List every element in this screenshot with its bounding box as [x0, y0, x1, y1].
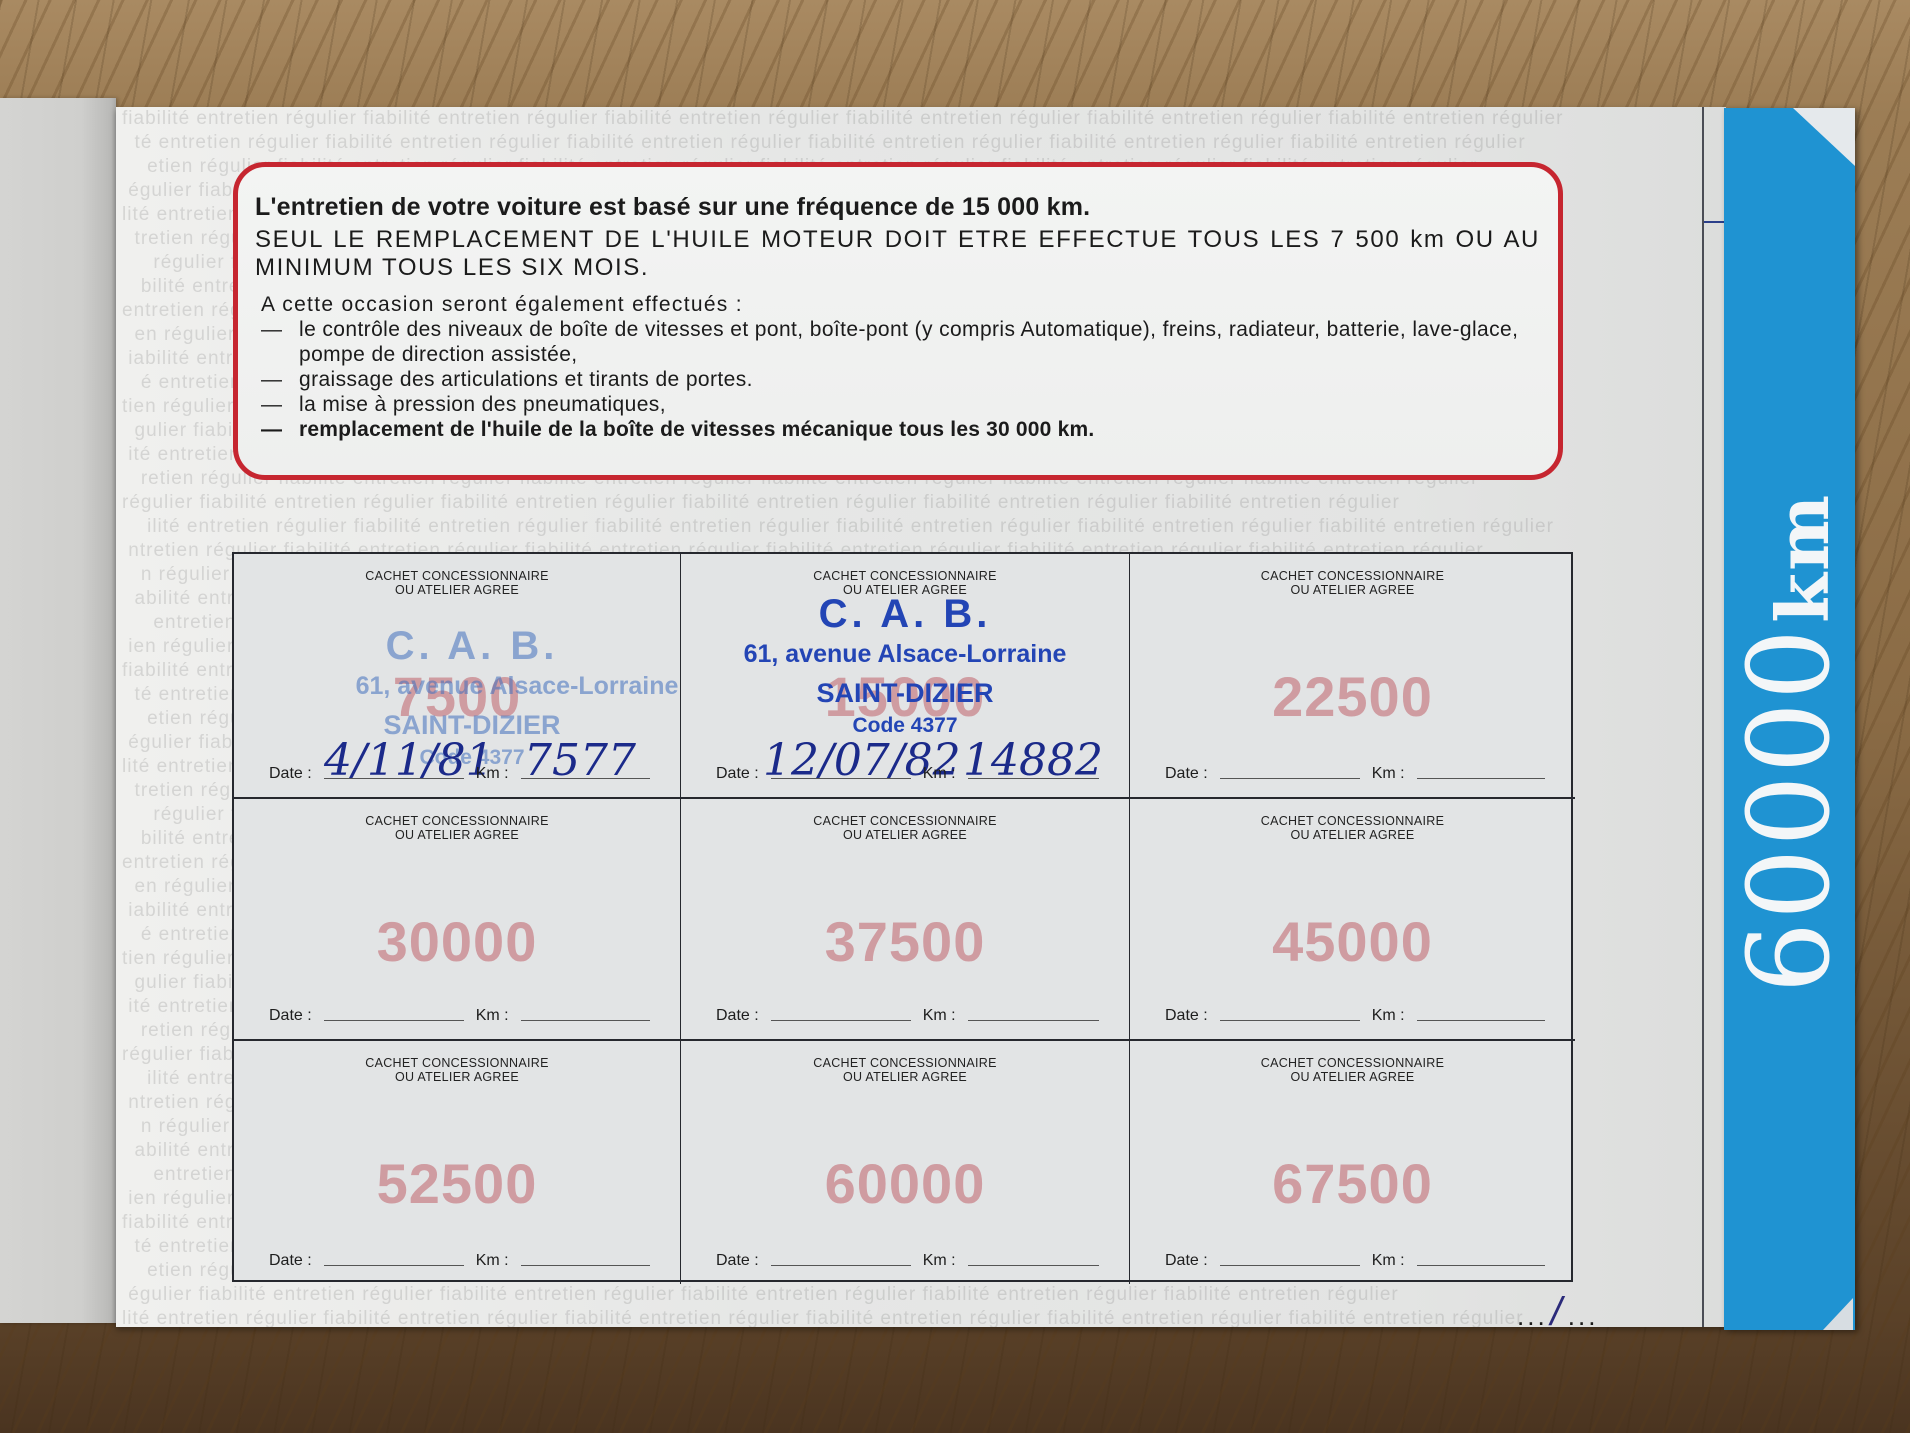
- notice-item: le contrôle des niveaux de boîte de vite…: [261, 317, 1540, 367]
- cell-header-line1: CACHET CONCESSIONNAIRE: [681, 569, 1129, 583]
- service-stamp-grid: CACHET CONCESSIONNAIREOU ATELIER AGREE75…: [232, 552, 1573, 1282]
- date-label: Date :: [716, 1252, 759, 1270]
- service-mileage-mark: 37500: [681, 909, 1129, 974]
- date-label: Date :: [269, 1007, 312, 1025]
- km-label: Km :: [923, 1252, 956, 1270]
- km-field[interactable]: [968, 777, 1099, 779]
- cell-header: CACHET CONCESSIONNAIREOU ATELIER AGREE: [681, 1056, 1129, 1084]
- date-label: Date :: [1165, 765, 1208, 783]
- date-label: Date :: [716, 765, 759, 783]
- km-label: Km :: [476, 1007, 509, 1025]
- cell-header-line1: CACHET CONCESSIONNAIRE: [681, 814, 1129, 828]
- cell-header-line1: CACHET CONCESSIONNAIRE: [234, 1056, 680, 1070]
- cell-header: CACHET CONCESSIONNAIREOU ATELIER AGREE: [1130, 1056, 1575, 1084]
- km-field[interactable]: [1417, 777, 1545, 779]
- date-label: Date :: [269, 765, 312, 783]
- torn-corner-bottom: [1823, 1298, 1853, 1330]
- side-tab-unit: km: [1760, 493, 1845, 623]
- km-label: Km :: [476, 765, 509, 783]
- date-label: Date :: [716, 1007, 759, 1025]
- date-field[interactable]: [324, 1264, 464, 1266]
- cell-header-line1: CACHET CONCESSIONNAIRE: [1130, 1056, 1575, 1070]
- service-stamp-cell[interactable]: CACHET CONCESSIONNAIREOU ATELIER AGREE45…: [1130, 799, 1575, 1041]
- cell-footer: Date :Km :: [1165, 1007, 1545, 1025]
- cell-header-line1: CACHET CONCESSIONNAIRE: [681, 1056, 1129, 1070]
- service-stamp-cell[interactable]: CACHET CONCESSIONNAIREOU ATELIER AGREE37…: [681, 799, 1130, 1041]
- service-mileage-mark: 52500: [234, 1151, 680, 1216]
- km-field[interactable]: [521, 1019, 650, 1021]
- continued-marker: .../...: [1517, 1290, 1598, 1335]
- notice-item-list: le contrôle des niveaux de boîte de vite…: [255, 317, 1540, 442]
- service-stamp-cell[interactable]: CACHET CONCESSIONNAIREOU ATELIER AGREE67…: [1130, 1041, 1575, 1284]
- notice-intro: A cette occasion seront également effect…: [255, 292, 1540, 317]
- km-label: Km :: [923, 1007, 956, 1025]
- service-stamp-cell[interactable]: CACHET CONCESSIONNAIREOU ATELIER AGREE15…: [681, 554, 1130, 799]
- service-stamp-cell[interactable]: CACHET CONCESSIONNAIREOU ATELIER AGREE52…: [234, 1041, 681, 1284]
- cell-footer: Date :Km :: [269, 765, 650, 783]
- km-label: Km :: [1372, 1007, 1405, 1025]
- date-label: Date :: [269, 1252, 312, 1270]
- service-mileage-mark: 60000: [681, 1151, 1129, 1216]
- service-mileage-mark: 22500: [1130, 664, 1575, 729]
- notice-oil-change-rule: SEUL LE REMPLACEMENT DE L'HUILE MOTEUR D…: [255, 226, 1540, 282]
- date-field[interactable]: [771, 1264, 911, 1266]
- cell-footer: Date :Km :: [716, 765, 1099, 783]
- mileage-side-tab[interactable]: 60000km: [1724, 108, 1855, 1330]
- date-field[interactable]: [324, 1019, 464, 1021]
- notice-item: graissage des articulations et tirants d…: [261, 367, 1540, 392]
- cell-header-line2: OU ATELIER AGREE: [234, 1070, 680, 1084]
- date-field[interactable]: [1220, 1264, 1360, 1266]
- service-mileage-mark: 67500: [1130, 1151, 1575, 1216]
- dealer-stamp-address: 61, avenue Alsace-Lorraine: [681, 640, 1129, 669]
- torn-corner-top: [1793, 108, 1855, 166]
- km-field[interactable]: [1417, 1264, 1545, 1266]
- date-field[interactable]: [771, 777, 911, 779]
- date-field[interactable]: [1220, 777, 1360, 779]
- left-page-edge: [0, 98, 116, 1323]
- km-label: Km :: [1372, 765, 1405, 783]
- cell-header-line2: OU ATELIER AGREE: [681, 1070, 1129, 1084]
- km-label: Km :: [1372, 1252, 1405, 1270]
- dealer-stamp-city: SAINT-DIZIER: [681, 678, 1129, 709]
- page-fold-line: [1702, 107, 1704, 1327]
- continue-slash: /: [1551, 1290, 1565, 1334]
- cell-header-line1: CACHET CONCESSIONNAIRE: [234, 569, 680, 583]
- dealer-stamp-address: 61, avenue Alsace-Lorraine: [294, 672, 681, 701]
- cell-header: CACHET CONCESSIONNAIREOU ATELIER AGREE: [234, 1056, 680, 1084]
- fold-tick-mark: [1704, 221, 1724, 223]
- cell-header-line1: CACHET CONCESSIONNAIRE: [234, 814, 680, 828]
- continue-dots-right: ...: [1568, 1301, 1599, 1331]
- notice-title: L'entretien de votre voiture est basé su…: [255, 193, 1540, 222]
- service-stamp-cell[interactable]: CACHET CONCESSIONNAIREOU ATELIER AGREE75…: [234, 554, 681, 799]
- continue-dots-left: ...: [1517, 1301, 1548, 1331]
- cell-footer: Date :Km :: [1165, 1252, 1545, 1270]
- date-field[interactable]: [771, 1019, 911, 1021]
- cell-header-line2: OU ATELIER AGREE: [1130, 1070, 1575, 1084]
- cell-header-line1: CACHET CONCESSIONNAIRE: [1130, 814, 1575, 828]
- notice-item: la mise à pression des pneumatiques,: [261, 392, 1540, 417]
- km-field[interactable]: [968, 1019, 1099, 1021]
- date-label: Date :: [1165, 1007, 1208, 1025]
- cell-header-line1: CACHET CONCESSIONNAIRE: [1130, 569, 1575, 583]
- km-field[interactable]: [968, 1264, 1099, 1266]
- side-tab-value: 60000: [1725, 627, 1855, 993]
- cell-header: CACHET CONCESSIONNAIREOU ATELIER AGREE: [234, 814, 680, 842]
- cell-header-line2: OU ATELIER AGREE: [1130, 583, 1575, 597]
- service-mileage-mark: 45000: [1130, 909, 1575, 974]
- dealer-stamp-name: C. A. B.: [264, 624, 680, 669]
- service-stamp-cell[interactable]: CACHET CONCESSIONNAIREOU ATELIER AGREE30…: [234, 799, 681, 1041]
- service-stamp-cell[interactable]: CACHET CONCESSIONNAIREOU ATELIER AGREE60…: [681, 1041, 1130, 1284]
- km-label: Km :: [923, 765, 956, 783]
- km-field[interactable]: [1417, 1019, 1545, 1021]
- km-field[interactable]: [521, 1264, 650, 1266]
- side-tab-label: 60000km: [1734, 493, 1846, 993]
- cell-header: CACHET CONCESSIONNAIREOU ATELIER AGREE: [1130, 814, 1575, 842]
- cell-footer: Date :Km :: [1165, 765, 1545, 783]
- notice-item: remplacement de l'huile de la boîte de v…: [261, 417, 1540, 442]
- date-label: Date :: [1165, 1252, 1208, 1270]
- dealer-stamp-name: C. A. B.: [681, 592, 1129, 637]
- cell-header-line2: OU ATELIER AGREE: [234, 583, 680, 597]
- cell-header-line2: OU ATELIER AGREE: [681, 828, 1129, 842]
- cell-header: CACHET CONCESSIONNAIREOU ATELIER AGREE: [681, 814, 1129, 842]
- date-field[interactable]: [1220, 1019, 1360, 1021]
- cell-header-line2: OU ATELIER AGREE: [234, 828, 680, 842]
- cell-header: CACHET CONCESSIONNAIREOU ATELIER AGREE: [234, 569, 680, 597]
- km-label: Km :: [476, 1252, 509, 1270]
- cell-footer: Date :Km :: [269, 1007, 650, 1025]
- km-field[interactable]: [521, 777, 650, 779]
- service-stamp-cell[interactable]: CACHET CONCESSIONNAIREOU ATELIER AGREE22…: [1130, 554, 1575, 799]
- cell-footer: Date :Km :: [716, 1252, 1099, 1270]
- date-field[interactable]: [324, 777, 464, 779]
- service-mileage-mark: 30000: [234, 909, 680, 974]
- maintenance-notice-box: L'entretien de votre voiture est basé su…: [233, 162, 1563, 480]
- cell-footer: Date :Km :: [716, 1007, 1099, 1025]
- cell-header-line2: OU ATELIER AGREE: [1130, 828, 1575, 842]
- cell-footer: Date :Km :: [269, 1252, 650, 1270]
- cell-header: CACHET CONCESSIONNAIREOU ATELIER AGREE: [1130, 569, 1575, 597]
